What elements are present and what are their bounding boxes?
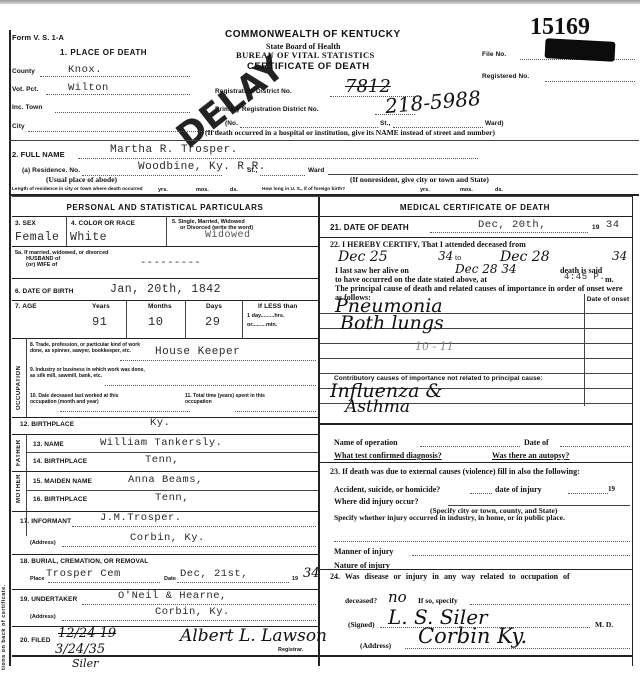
accident-line	[470, 493, 492, 494]
date-onset-label: Date of onset	[586, 296, 630, 303]
burial-year-prefix: 19	[292, 576, 298, 582]
father-birthplace-label: 14. BIRTHPLACE	[33, 458, 87, 465]
full-name-line	[78, 158, 478, 159]
or-min-label: or.........min.	[247, 322, 277, 328]
time-value: 4:45 P.	[564, 272, 605, 282]
autopsy-label: Was there an autopsy?	[492, 451, 569, 460]
to-label: to	[455, 253, 461, 262]
industry-note: Specify whether injury occurred in indus…	[334, 514, 630, 522]
physician-address-label: (Address)	[360, 641, 391, 650]
length-residence-label: Length of residence in city or town wher…	[12, 187, 143, 193]
place-of-death-title: 1. PLACE OF DEATH	[60, 48, 147, 57]
divider	[242, 300, 243, 338]
months-label: Months	[148, 303, 172, 310]
total-time-line	[235, 411, 316, 412]
burial-label: 18. BURIAL, CREMATION, OR REMOVAL	[20, 558, 148, 565]
cause-note: 10 - 11	[415, 340, 454, 353]
st-label: St.,	[380, 120, 391, 127]
sex-label: 3. SEX	[15, 220, 36, 227]
if-so-line	[470, 604, 630, 605]
date-injury-label: date of injury	[495, 485, 542, 494]
divider	[185, 300, 186, 338]
marital-value: Widowed	[205, 230, 251, 241]
divider	[26, 452, 318, 453]
test-label: What test confirmed diagnosis?	[334, 451, 442, 460]
father-name-value: William Tankersly.	[100, 437, 222, 449]
redacted-file-number	[545, 38, 616, 62]
if-so-label: If so, specify	[418, 596, 458, 605]
divider	[66, 216, 67, 246]
medical-top	[318, 196, 632, 197]
county-label: County	[12, 68, 35, 75]
divider	[9, 140, 639, 141]
mother-side-label: MOTHER	[16, 475, 22, 503]
length-ds-label: ds.	[230, 187, 238, 193]
burial-place-label: Place	[30, 576, 44, 582]
personal-section-title: PERSONAL AND STATISTICAL PARTICULARS	[12, 203, 318, 212]
city-label: City	[12, 123, 25, 130]
divider	[318, 462, 632, 463]
dod-label: 21. DATE OF DEATH	[330, 223, 409, 232]
divider	[12, 246, 318, 247]
length-mos-label: mos.	[196, 187, 209, 193]
cause-line	[320, 358, 632, 359]
race-label: 4. COLOR OR RACE	[71, 220, 135, 227]
less-than-label: If LESS than	[258, 303, 297, 310]
industry-label: 9. Industry or business in which work wa…	[30, 367, 145, 379]
race-value: White	[70, 231, 107, 244]
where-label: Where did injury occur?	[334, 497, 419, 506]
form-number: Form V. S. 1-A	[12, 33, 64, 42]
undertaker-line	[82, 604, 316, 605]
total-time-label: 11. Total time (years) spent in this occ…	[185, 393, 265, 405]
dob-label: 6. DATE OF BIRTH	[15, 288, 74, 295]
divider	[318, 423, 632, 425]
accident-label: Accident, suicide, or homicide?	[334, 485, 440, 494]
informant-address-value: Corbin, Ky.	[130, 532, 205, 544]
manner-label: Manner of injury	[334, 547, 393, 556]
foreign-ds-label: ds.	[495, 187, 503, 193]
vot-pct-label: Vot. Pct.	[12, 86, 38, 93]
burial-date-label: Date	[164, 576, 176, 582]
dod-year-value: 34	[606, 219, 620, 231]
date-of-label: Date of	[524, 438, 549, 447]
filed-initials: Siler	[72, 657, 98, 670]
divider	[318, 216, 632, 217]
last-saw-value: Dec 28 34	[455, 262, 517, 276]
manner-line	[412, 555, 630, 556]
residence-st-label: St.,	[247, 167, 258, 174]
last-worked-label: 10. Date deceased last worked at this oc…	[30, 393, 142, 405]
dod-value: Dec, 20th,	[478, 219, 546, 231]
father-birthplace-value: Tenn,	[145, 454, 179, 466]
undertaker-address-value: Corbin, Ky.	[155, 606, 230, 618]
county-value: Knox.	[68, 64, 102, 76]
birthplace-label: 12. BIRTHPLACE	[20, 421, 74, 428]
trade-label: 8. Trade, profession, or particular kind…	[30, 342, 150, 354]
spouse-label-3: (or) WIFE of	[26, 262, 57, 268]
personal-top	[12, 196, 318, 197]
father-side-label: FATHER	[16, 438, 22, 466]
operation-label: Name of operation	[334, 438, 398, 447]
age-label: 7. AGE	[15, 303, 37, 310]
nonresident-note: (If nonresident, give city or town and S…	[350, 175, 489, 184]
filed-value-struck: 12/24 19	[58, 626, 116, 641]
full-name-label: 2. FULL NAME	[12, 150, 65, 159]
file-no-label: File No.	[482, 51, 506, 58]
commonwealth-title: COMMONWEALTH OF KENTUCKY	[225, 29, 401, 40]
age-years-value: 91	[92, 315, 107, 329]
occupation-side-label: OCCUPATION	[16, 345, 22, 410]
spouse-value: ---------	[140, 257, 201, 269]
certificate-number: 15169	[530, 14, 590, 41]
divider	[318, 569, 632, 570]
injury-place-line	[334, 541, 630, 542]
undertaker-label: 19. UNDERTAKER	[20, 596, 77, 603]
onset-column-divider	[584, 294, 585, 406]
undertaker-address-label: (Address)	[30, 614, 56, 620]
no-label: (No.	[225, 120, 238, 127]
days-label: Days	[206, 303, 222, 310]
divider	[26, 338, 27, 417]
hospital-note: (If death occurred in a hospital or inst…	[205, 128, 495, 137]
divider	[318, 237, 632, 238]
mother-name-label: 15. MAIDEN NAME	[33, 478, 92, 485]
industry-line	[105, 385, 316, 386]
deceased-label: deceased?	[345, 596, 377, 605]
margin-instructions: tions on back of certificate.	[1, 540, 7, 670]
divider	[12, 338, 318, 339]
father-name-label: 13. NAME	[33, 441, 64, 448]
divider	[12, 278, 318, 279]
cause-2: Both lungs	[340, 312, 444, 334]
contributory-2: Asthma	[345, 397, 410, 417]
undertaker-address-line	[62, 620, 316, 621]
age-months-value: 10	[148, 315, 163, 329]
registrar-signature: Albert L. Lawson	[180, 626, 327, 646]
signed-label: (Signed)	[348, 620, 375, 629]
md-label: M. D.	[595, 620, 613, 629]
day-hrs-label: 1 day.........hrs.	[247, 313, 285, 319]
informant-address-line	[62, 546, 316, 547]
date-injury-line	[568, 493, 608, 494]
certify-label: 22. I HEREBY CERTIFY, That I attended de…	[330, 240, 526, 249]
external-label: 23. If death was due to external causes …	[330, 468, 630, 476]
operation-line	[420, 446, 520, 447]
last-saw-label: I last saw her alive on	[335, 266, 409, 275]
informant-line	[72, 526, 316, 527]
length-yrs-label: yrs.	[158, 187, 168, 193]
mother-name-value: Anna Beams,	[128, 474, 203, 486]
attended-from-value: Dec 25	[338, 249, 388, 265]
attended-from-year: 34	[438, 249, 453, 263]
city-line	[28, 131, 218, 132]
informant-address-label: (Address)	[30, 540, 56, 546]
burial-date-value: Dec, 21st,	[180, 568, 248, 580]
age-days-value: 29	[205, 315, 220, 329]
cause-line	[320, 343, 632, 344]
birthplace-value: Ky.	[150, 417, 170, 429]
informant-label: 17. INFORMANT	[20, 518, 71, 525]
trade-value: House Keeper	[155, 346, 240, 358]
related-label: 24. Was disease or injury in any way rel…	[330, 572, 570, 581]
primary-district-value: 218-5988	[384, 86, 482, 118]
dob-value: Jan, 20th, 1842	[110, 283, 221, 296]
full-name-value: Martha R. Trosper.	[110, 144, 238, 156]
registrar-label: Registrar.	[278, 647, 303, 653]
residence-ward-label: Ward	[308, 167, 324, 174]
divider	[166, 216, 167, 246]
sex-value: Female	[15, 231, 59, 244]
related-value: no	[388, 588, 407, 606]
filed-label: 20. FILED	[20, 637, 51, 644]
inc-town-line	[55, 112, 190, 113]
county-line	[40, 76, 190, 77]
scan-top-edge	[0, 0, 640, 4]
years-label: Years	[92, 303, 110, 310]
divider	[12, 300, 318, 301]
vot-pct-line	[46, 94, 190, 95]
informant-value: J.M.Trosper.	[100, 512, 182, 524]
burial-place-value: Trosper Cem	[46, 568, 121, 580]
divider	[126, 300, 127, 338]
divider	[12, 554, 318, 555]
vot-pct-value: Wilton	[68, 82, 109, 94]
foreign-birth-label: How long in U. S., if of foreign birth?	[262, 187, 345, 193]
injury-year-prefix: 19	[608, 485, 615, 493]
bottom-border-left	[12, 655, 318, 657]
undertaker-value: O'Neil & Hearne,	[118, 590, 227, 602]
physician-address-line	[405, 648, 630, 649]
left-border	[9, 30, 11, 666]
ward-label: Ward)	[485, 120, 504, 127]
mother-birthplace-label: 16. BIRTHPLACE	[33, 496, 87, 503]
abode-note: (Usual place of abode)	[46, 175, 117, 184]
burial-place-line	[48, 582, 160, 583]
m-label: m.	[605, 275, 614, 284]
bottom-border-right	[318, 655, 632, 657]
registered-no-line	[545, 81, 635, 82]
foreign-yrs-label: yrs.	[420, 187, 430, 193]
occurred-label: to have occurred on the date stated abov…	[335, 275, 487, 284]
trade-line	[120, 360, 316, 361]
column-divider	[318, 194, 320, 666]
divider	[12, 216, 318, 217]
date-of-line	[560, 446, 630, 447]
mother-birthplace-value: Tenn,	[155, 492, 189, 504]
residence-label: (a) Residence. No.	[22, 167, 80, 174]
residence-st-line	[260, 175, 305, 176]
inc-town-label: Inc. Town	[12, 104, 42, 111]
right-border	[632, 194, 633, 666]
cause-line	[320, 373, 632, 374]
burial-date-line	[177, 582, 289, 583]
attended-to-year: 34	[612, 249, 627, 263]
dod-line	[430, 232, 588, 233]
physician-address-value: Corbin Ky.	[418, 624, 527, 648]
dod-year-prefix: 19	[592, 224, 599, 231]
divider	[12, 471, 318, 472]
registered-no-label: Registered No.	[482, 73, 529, 80]
divider	[12, 434, 318, 435]
medical-section-title: MEDICAL CERTIFICATE OF DEATH	[318, 203, 632, 212]
divider	[26, 490, 318, 491]
last-worked-line	[60, 411, 190, 412]
foreign-mos-label: mos.	[460, 187, 473, 193]
